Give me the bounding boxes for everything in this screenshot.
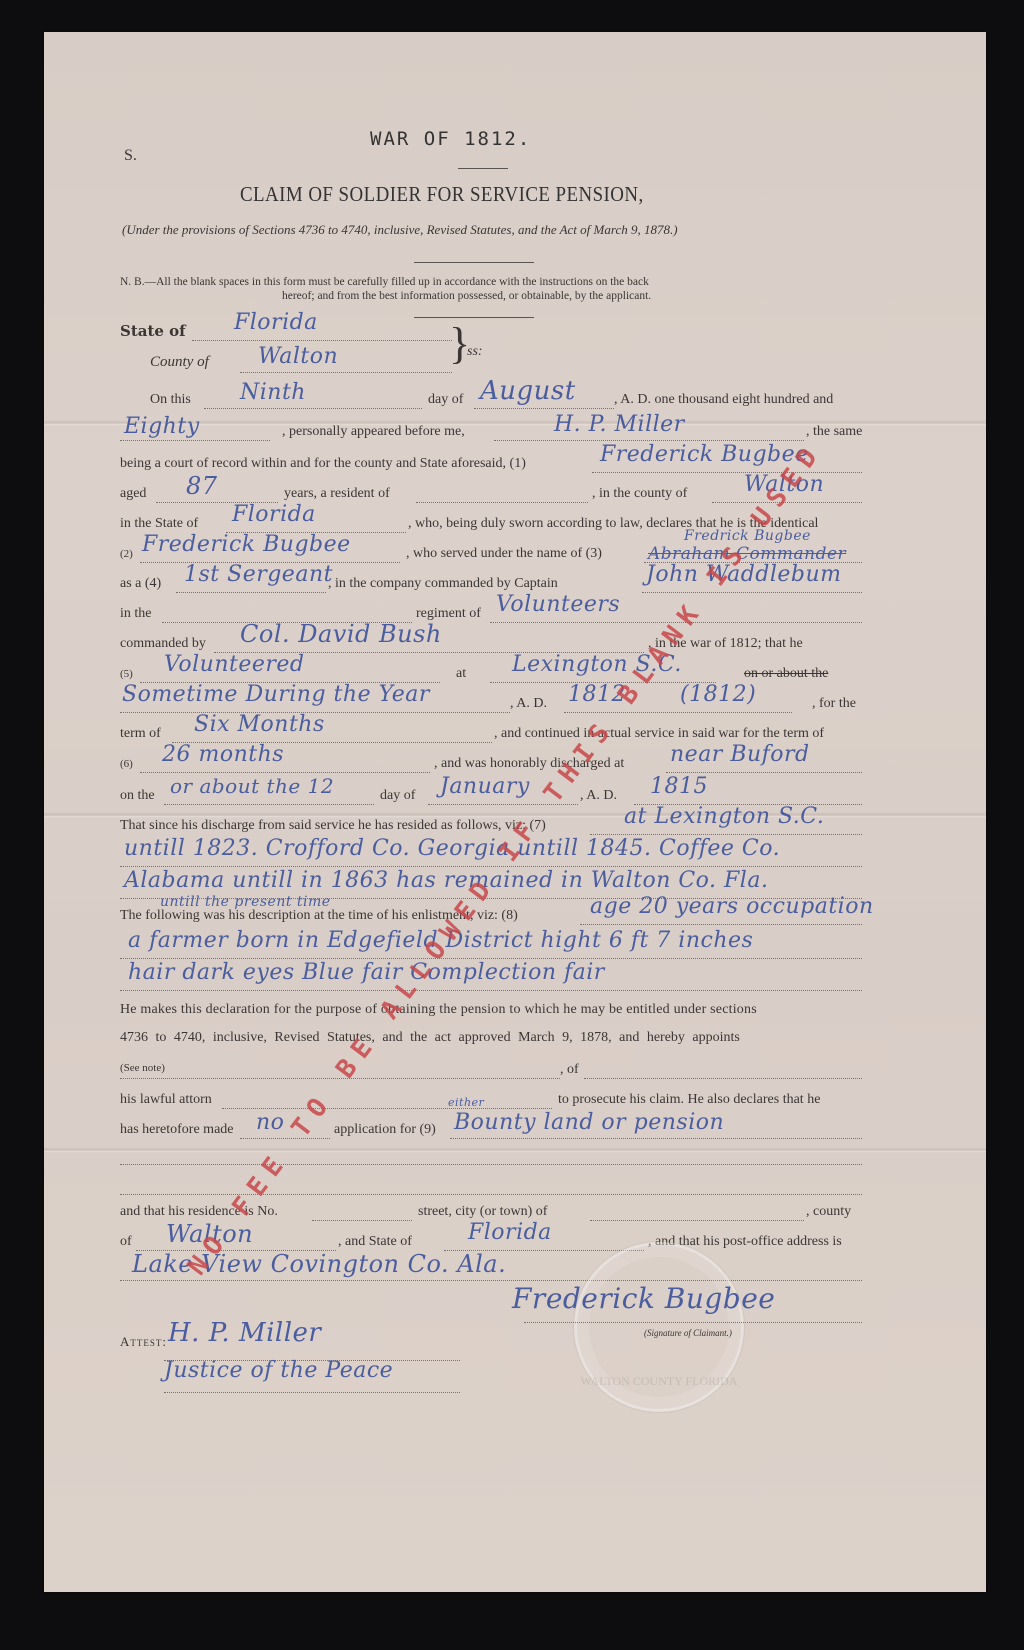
officer-name: H. P. Miller — [554, 412, 685, 437]
label-personally-appeared: , personally appeared before me, — [282, 424, 465, 440]
label-in-county-of: , in the county of — [592, 486, 687, 502]
identical-name: Frederick Bugbee — [142, 532, 351, 557]
label-on-or-about-struck: on or about the — [744, 666, 828, 682]
label-heretofore-made: has heretofore made — [120, 1122, 234, 1138]
day-field-line — [204, 408, 422, 409]
month-value: August — [480, 376, 576, 406]
label-court-of-record: being a court of record within and for t… — [120, 456, 526, 472]
label-term-of: term of — [120, 726, 161, 742]
declaration-line-1: He makes this declaration for the purpos… — [120, 1002, 757, 1018]
discharge-day: or about the 12 — [170, 774, 334, 798]
discharge-year: 1815 — [650, 774, 708, 799]
county-label: County of — [150, 354, 209, 371]
rank-field-line — [176, 592, 326, 593]
rank-value: 1st Sergeant — [184, 562, 333, 587]
label-years-resident: years, a resident of — [284, 486, 390, 502]
fold-line — [44, 1147, 986, 1153]
label-in-state-of: in the State of — [120, 516, 198, 532]
application-type-line — [450, 1138, 862, 1139]
label-the-same: , the same — [806, 424, 862, 440]
label-resided: That since his discharge from said servi… — [120, 818, 546, 834]
label-on-this: On this — [150, 392, 191, 408]
signature-line — [524, 1322, 862, 1323]
attest-title: Justice of the Peace — [164, 1358, 393, 1383]
either-note: either — [448, 1096, 484, 1109]
attorney-ney-line — [222, 1108, 552, 1109]
blank-line-1 — [120, 1164, 862, 1165]
residence-3: Alabama untill in 1863 has remained in W… — [124, 868, 768, 893]
discharge-day-line — [164, 804, 374, 805]
year-value: Eighty — [124, 414, 200, 439]
enlist-year-paren: (1812) — [680, 682, 756, 707]
res-state: Florida — [468, 1220, 552, 1245]
description-line-1 — [580, 924, 862, 925]
label-application-for: application for (9) — [334, 1122, 436, 1138]
ornament-divider — [458, 168, 508, 169]
ss-label: ss: — [467, 344, 483, 360]
commander-name: Col. David Bush — [240, 620, 442, 648]
label-county: , county — [806, 1204, 851, 1220]
resident-state: Florida — [232, 502, 316, 527]
label-lawful-attorney: his lawful attorn — [120, 1092, 212, 1108]
label-and-state-of: , and State of — [338, 1234, 412, 1250]
provisions-text: (Under the provisions of Sections 4736 t… — [122, 222, 678, 238]
label-n6: (6) — [120, 758, 133, 770]
state-label: State of — [120, 322, 186, 340]
declaration-line-2: 4736 to 4740, inclusive, Revised Statute… — [120, 1030, 740, 1046]
description-1: age 20 years occupation — [590, 894, 874, 919]
attest-name: H. P. Miller — [168, 1318, 321, 1348]
signature-caption: (Signature of Claimant.) — [644, 1328, 732, 1338]
label-prosecute: to prosecute his claim. He also declares… — [558, 1092, 820, 1108]
ornament-divider — [414, 317, 534, 318]
label-n5: (5) — [120, 668, 133, 680]
service-term: 26 months — [162, 742, 284, 767]
label-as-a: as a (4) — [120, 576, 161, 592]
residence-line-1 — [590, 834, 862, 835]
label-ad-discharge: , A. D. — [580, 788, 617, 804]
year-field-line — [120, 440, 270, 441]
ornament-divider — [414, 262, 534, 263]
label-n2: (2) — [120, 548, 133, 560]
label-on-the: on the — [120, 788, 155, 804]
label-ad: , A. D. — [510, 696, 547, 712]
form-subtitle: CLAIM OF SOLDIER FOR SERVICE PENSION, — [240, 182, 644, 207]
officer-field-line — [494, 440, 804, 441]
label-company-commanded: , in the company commanded by Captain — [328, 576, 558, 592]
resident-of-field-line — [416, 502, 588, 503]
pension-form-page: S. WAR OF 1812. CLAIM OF SOLDIER FOR SER… — [44, 32, 986, 1592]
application-type: Bounty land or pension — [454, 1110, 724, 1135]
label-street-city: street, city (or town) of — [418, 1204, 547, 1220]
regiment-value: Volunteers — [496, 592, 620, 617]
label-day-of-discharge: day of — [380, 788, 415, 804]
residence-2: untill 1823. Crofford Co. Georgia untill… — [124, 836, 780, 861]
captain-field-line — [642, 592, 862, 593]
form-title: WAR OF 1812. — [370, 128, 531, 150]
description-line-3 — [120, 990, 862, 991]
label-see-note: (See note) — [120, 1062, 165, 1074]
label-continued-service: , and continued in actual service in sai… — [494, 726, 824, 742]
service-term-line — [140, 772, 430, 773]
label-served-under: , who served under the name of (3) — [406, 546, 602, 562]
label-at: at — [456, 666, 466, 682]
label-attest: Attest: — [120, 1334, 167, 1350]
nb-note-line2: hereof; and from the best information po… — [282, 290, 651, 302]
discharge-place: near Buford — [670, 742, 810, 767]
label-for-the: , for the — [812, 696, 856, 712]
embossed-county-seal: WALTON COUNTY FLORIDA — [574, 1242, 744, 1412]
label-of-county: of — [120, 1234, 132, 1250]
claimant-name: Frederick Bugbee — [600, 442, 809, 467]
attorney-of-line — [584, 1078, 862, 1079]
label-in-the: in the — [120, 606, 152, 622]
city-field-line — [590, 1220, 804, 1221]
term-value: Six Months — [194, 712, 325, 737]
post-office-line — [120, 1280, 862, 1281]
age-value: 87 — [186, 472, 218, 500]
blank-line-2 — [120, 1194, 862, 1195]
state-value: Florida — [234, 310, 318, 335]
description-3: hair dark eyes Blue fair Complection fai… — [128, 960, 605, 985]
county-field-line — [240, 372, 452, 373]
attest-title-line — [164, 1392, 460, 1393]
nb-note-line1: N. B.—All the blank spaces in this form … — [120, 276, 649, 288]
label-aged: aged — [120, 486, 146, 502]
enlistment-value: Volunteered — [164, 652, 305, 677]
label-of: , of — [560, 1062, 579, 1078]
month-field-line — [474, 408, 614, 409]
claimant-signature: Frederick Bugbee — [512, 1282, 775, 1315]
enlist-time: Sometime During the Year — [122, 682, 430, 707]
state-field-line — [192, 340, 452, 341]
discharge-month: January — [440, 774, 530, 799]
label-ad-thousand: , A. D. one thousand eight hundred and — [614, 392, 833, 408]
description-line-2 — [120, 958, 862, 959]
day-value: Ninth — [240, 380, 306, 405]
county-value: Walton — [258, 344, 338, 369]
seal-text: WALTON COUNTY FLORIDA — [581, 1374, 738, 1389]
label-commanded-by: commanded by — [120, 636, 206, 652]
residence-no-line — [312, 1220, 412, 1221]
residence-1: at Lexington S.C. — [624, 804, 824, 829]
discharge-place-line — [666, 772, 862, 773]
form-letter: S. — [124, 147, 137, 165]
label-day-of: day of — [428, 392, 463, 408]
